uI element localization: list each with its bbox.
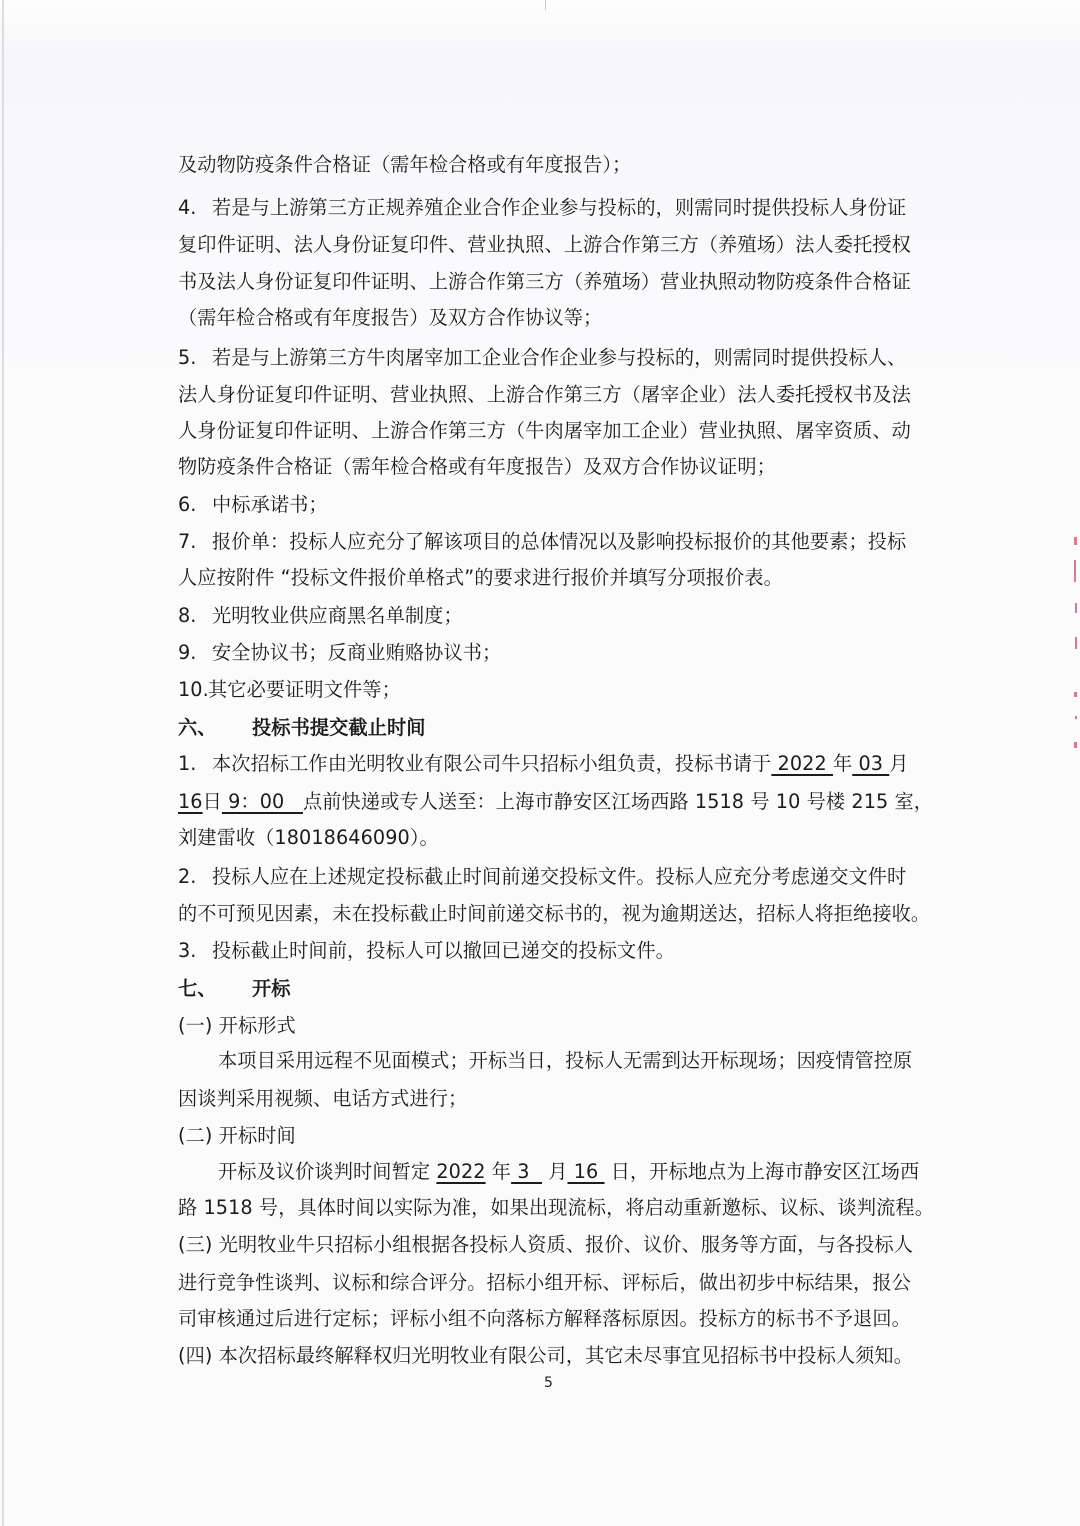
line-text: (四) 本次招标最终解释权归光明牧业有限公司，其它未尽事宜见招标书中投标人须知。 — [178, 1344, 913, 1367]
line-text: 书及法人身份证复印件证明、上游合作第三方（养殖场）营业执照动物防疫条件合格证 — [178, 270, 911, 293]
list-item-5: 5.若是与上游第三方牛肉屠宰加工企业合作企业参与投标的，则需同时提供投标人、 — [178, 346, 906, 372]
stamp-mark — [1074, 560, 1076, 582]
line-text: (一) 开标形式 — [178, 1014, 296, 1037]
item-number: 5. — [178, 346, 212, 370]
stamp-mark — [1075, 637, 1077, 649]
text-line: 及动物防疫条件合格证（需年检合格或有年度报告）； — [178, 153, 631, 179]
line-text: 日，开标地点为上海市静安区江场西 — [605, 1160, 920, 1183]
list-item-8: 8.光明牧业供应商黑名单制度； — [178, 604, 463, 630]
line-text: 若是与上游第三方牛肉屠宰加工企业合作企业参与投标的，则需同时提供投标人、 — [212, 346, 906, 369]
page-edge — [2, 0, 4, 1526]
stamp-mark — [1074, 537, 1077, 545]
line-text: 司审核通过后进行定标；评标小组不向落标方解释落标原因。投标方的标书不予退回。 — [178, 1307, 911, 1330]
delivery-address: 点前快递或专人送至：上海市静安区江场西路 1518 号 10 号楼 215 室， — [303, 790, 933, 813]
line-text: 进行竞争性谈判、议标和综合评分。招标小组开标、评标后，做出初步中标结果，报公 — [178, 1271, 911, 1294]
year-unit: 年 — [486, 1160, 512, 1183]
item-number: 8. — [178, 604, 212, 628]
section-number: 七、 — [178, 977, 252, 1001]
line-text: 中标承诺书； — [212, 493, 328, 516]
section-heading-6: 六、投标书提交截止时间 — [178, 716, 426, 742]
stamp-mark — [1075, 603, 1077, 613]
item-number: 4. — [178, 196, 212, 220]
contact-info: 刘建雷收（18018646090）。 — [178, 826, 439, 849]
text-line: 路 1518 号，具体时间以实际为准，如果出现流标，将启动重新邀标、议标、谈判流… — [178, 1196, 934, 1222]
text-line: 人身份证复印件证明、上游合作第三方（牛肉屠宰加工企业）营业执照、屠宰资质、动 — [178, 419, 911, 445]
line-text: 本项目采用远程不见面模式；开标当日，投标人无需到达开标现场；因疫情管控原 — [218, 1049, 912, 1072]
subsection-4: (四) 本次招标最终解释权归光明牧业有限公司，其它未尽事宜见招标书中投标人须知。 — [178, 1344, 913, 1370]
stamp-mark — [1075, 716, 1077, 719]
line-text: 路 1518 号，具体时间以实际为准，如果出现流标，将启动重新邀标、议标、谈判流… — [178, 1196, 934, 1219]
subsection-title: (二) 开标时间 — [178, 1124, 296, 1150]
line-text: (二) 开标时间 — [178, 1124, 296, 1147]
subsection-title: (一) 开标形式 — [178, 1014, 296, 1040]
subsection-3: (三) 光明牧业牛只招标小组根据各投标人资质、报价、议价、服务等方面，与各投标人 — [178, 1233, 913, 1259]
line-text: 复印件证明、法人身份证复印件、营业执照、上游合作第三方（养殖场）法人委托授权 — [178, 233, 911, 256]
deadline-time: 9：00 — [222, 790, 303, 813]
item-number: 9. — [178, 641, 212, 665]
year-unit: 年 — [833, 752, 852, 775]
text-line: 物防疫条件合格证（需年检合格或有年度报告）及双方合作协议证明； — [178, 455, 776, 481]
line-text: (三) 光明牧业牛只招标小组根据各投标人资质、报价、议价、服务等方面，与各投标人 — [178, 1233, 913, 1256]
text-line: 复印件证明、法人身份证复印件、营业执照、上游合作第三方（养殖场）法人委托授权 — [178, 233, 911, 259]
section-title: 开标 — [252, 977, 291, 1000]
text-line: 的不可预见因素，未在投标截止时间前递交标书的，视为逾期送达，招标人将拒绝接收。 — [178, 902, 930, 928]
line-text: 因谈判采用视频、电话方式进行； — [178, 1087, 467, 1110]
day-unit: 日 — [203, 790, 222, 813]
list-item-7: 7.报价单：投标人应充分了解该项目的总体情况以及影响投标报价的其他要素；投标 — [178, 530, 906, 556]
line-text: 若是与上游第三方正规养殖企业合作企业参与投标的，则需同时提供投标人身份证 — [212, 196, 906, 219]
line-text: 光明牧业供应商黑名单制度； — [212, 604, 463, 627]
line-text: 的不可预见因素，未在投标截止时间前递交标书的，视为逾期送达，招标人将拒绝接收。 — [178, 902, 930, 925]
opening-year: 2022 — [436, 1160, 485, 1183]
text-line: 书及法人身份证复印件证明、上游合作第三方（养殖场）营业执照动物防疫条件合格证 — [178, 270, 911, 296]
deadline-item-1: 1.本次招标工作由光明牧业有限公司牛只招标小组负责，投标书请于 2022 年 0… — [178, 752, 909, 778]
item-number: 3. — [178, 939, 212, 963]
line-text: 人身份证复印件证明、上游合作第三方（牛肉屠宰加工企业）营业执照、屠宰资质、动 — [178, 419, 911, 442]
text-line: （需年检合格或有年度报告）及双方合作协议等； — [178, 306, 602, 332]
line-text: （需年检合格或有年度报告）及双方合作协议等； — [178, 306, 602, 329]
text-line: 人应按附件 “投标文件报价单格式”的要求进行报价并填写分项报价表。 — [178, 566, 783, 592]
line-text: 开标及议价谈判时间暂定 — [218, 1160, 436, 1183]
scan-mark — [545, 0, 546, 10]
deadline-item-3: 3.投标截止时间前，投标人可以撤回已递交的投标文件。 — [178, 939, 675, 965]
line-text: 人应按附件 “投标文件报价单格式”的要求进行报价并填写分项报价表。 — [178, 566, 783, 589]
deadline-day: 16 — [178, 790, 203, 813]
month-unit: 月 — [542, 1160, 568, 1183]
item-number: 2. — [178, 865, 212, 889]
stamp-mark — [1074, 742, 1077, 748]
text-line: 刘建雷收（18018646090）。 — [178, 826, 439, 852]
line-text: 投标截止时间前，投标人可以撤回已递交的投标文件。 — [212, 939, 675, 962]
line-text: 本次招标工作由光明牧业有限公司牛只招标小组负责，投标书请于 — [212, 752, 771, 775]
line-text: 其它必要证明文件等； — [208, 678, 401, 701]
section-heading-7: 七、开标 — [178, 977, 291, 1003]
deadline-year: 2022 — [771, 752, 833, 775]
text-line: 本项目采用远程不见面模式；开标当日，投标人无需到达开标现场；因疫情管控原 — [218, 1049, 912, 1075]
text-line: 16日 9：00 点前快递或专人送至：上海市静安区江场西路 1518 号 10 … — [178, 790, 933, 816]
list-item-10: 10.其它必要证明文件等； — [178, 678, 401, 704]
line-text: 报价单：投标人应充分了解该项目的总体情况以及影响投标报价的其他要素；投标 — [212, 530, 906, 553]
line-text: 物防疫条件合格证（需年检合格或有年度报告）及双方合作协议证明； — [178, 455, 776, 478]
document-page: 及动物防疫条件合格证（需年检合格或有年度报告）； 4.若是与上游第三方正规养殖企… — [0, 0, 1080, 1526]
item-number: 6. — [178, 493, 212, 517]
line-text: 及动物防疫条件合格证（需年检合格或有年度报告）； — [178, 153, 631, 176]
text-line: 司审核通过后进行定标；评标小组不向落标方解释落标原因。投标方的标书不予退回。 — [178, 1307, 911, 1333]
item-number: 7. — [178, 530, 212, 554]
section-title: 投标书提交截止时间 — [252, 716, 426, 739]
section-number: 六、 — [178, 716, 252, 740]
item-number: 1. — [178, 752, 212, 776]
item-number: 10. — [178, 678, 208, 702]
line-text: 投标人应在上述规定投标截止时间前递交投标文件。投标人应充分考虑递交文件时 — [212, 865, 906, 888]
text-line: 法人身份证复印件证明、营业执照、上游合作第三方（屠宰企业）法人委托授权书及法 — [178, 383, 911, 409]
deadline-item-2: 2.投标人应在上述规定投标截止时间前递交投标文件。投标人应充分考虑递交文件时 — [178, 865, 906, 891]
page-number: 5 — [544, 1375, 553, 1391]
month-unit: 月 — [889, 752, 908, 775]
line-text: 安全协议书；反商业贿赂协议书； — [212, 641, 501, 664]
list-item-9: 9.安全协议书；反商业贿赂协议书； — [178, 641, 501, 667]
opening-month: 3 — [511, 1160, 542, 1183]
deadline-month: 03 — [852, 752, 889, 775]
list-item-6: 6.中标承诺书； — [178, 493, 328, 519]
text-line: 进行竞争性谈判、议标和综合评分。招标小组开标、评标后，做出初步中标结果，报公 — [178, 1271, 911, 1297]
list-item-4: 4.若是与上游第三方正规养殖企业合作企业参与投标的，则需同时提供投标人身份证 — [178, 196, 906, 222]
line-text: 法人身份证复印件证明、营业执照、上游合作第三方（屠宰企业）法人委托授权书及法 — [178, 383, 911, 406]
text-line: 因谈判采用视频、电话方式进行； — [178, 1087, 467, 1113]
opening-date-line: 开标及议价谈判时间暂定 2022 年 3 月 16 日，开标地点为上海市静安区江… — [218, 1160, 919, 1186]
opening-day: 16 — [568, 1160, 605, 1183]
stamp-mark — [1074, 692, 1077, 697]
